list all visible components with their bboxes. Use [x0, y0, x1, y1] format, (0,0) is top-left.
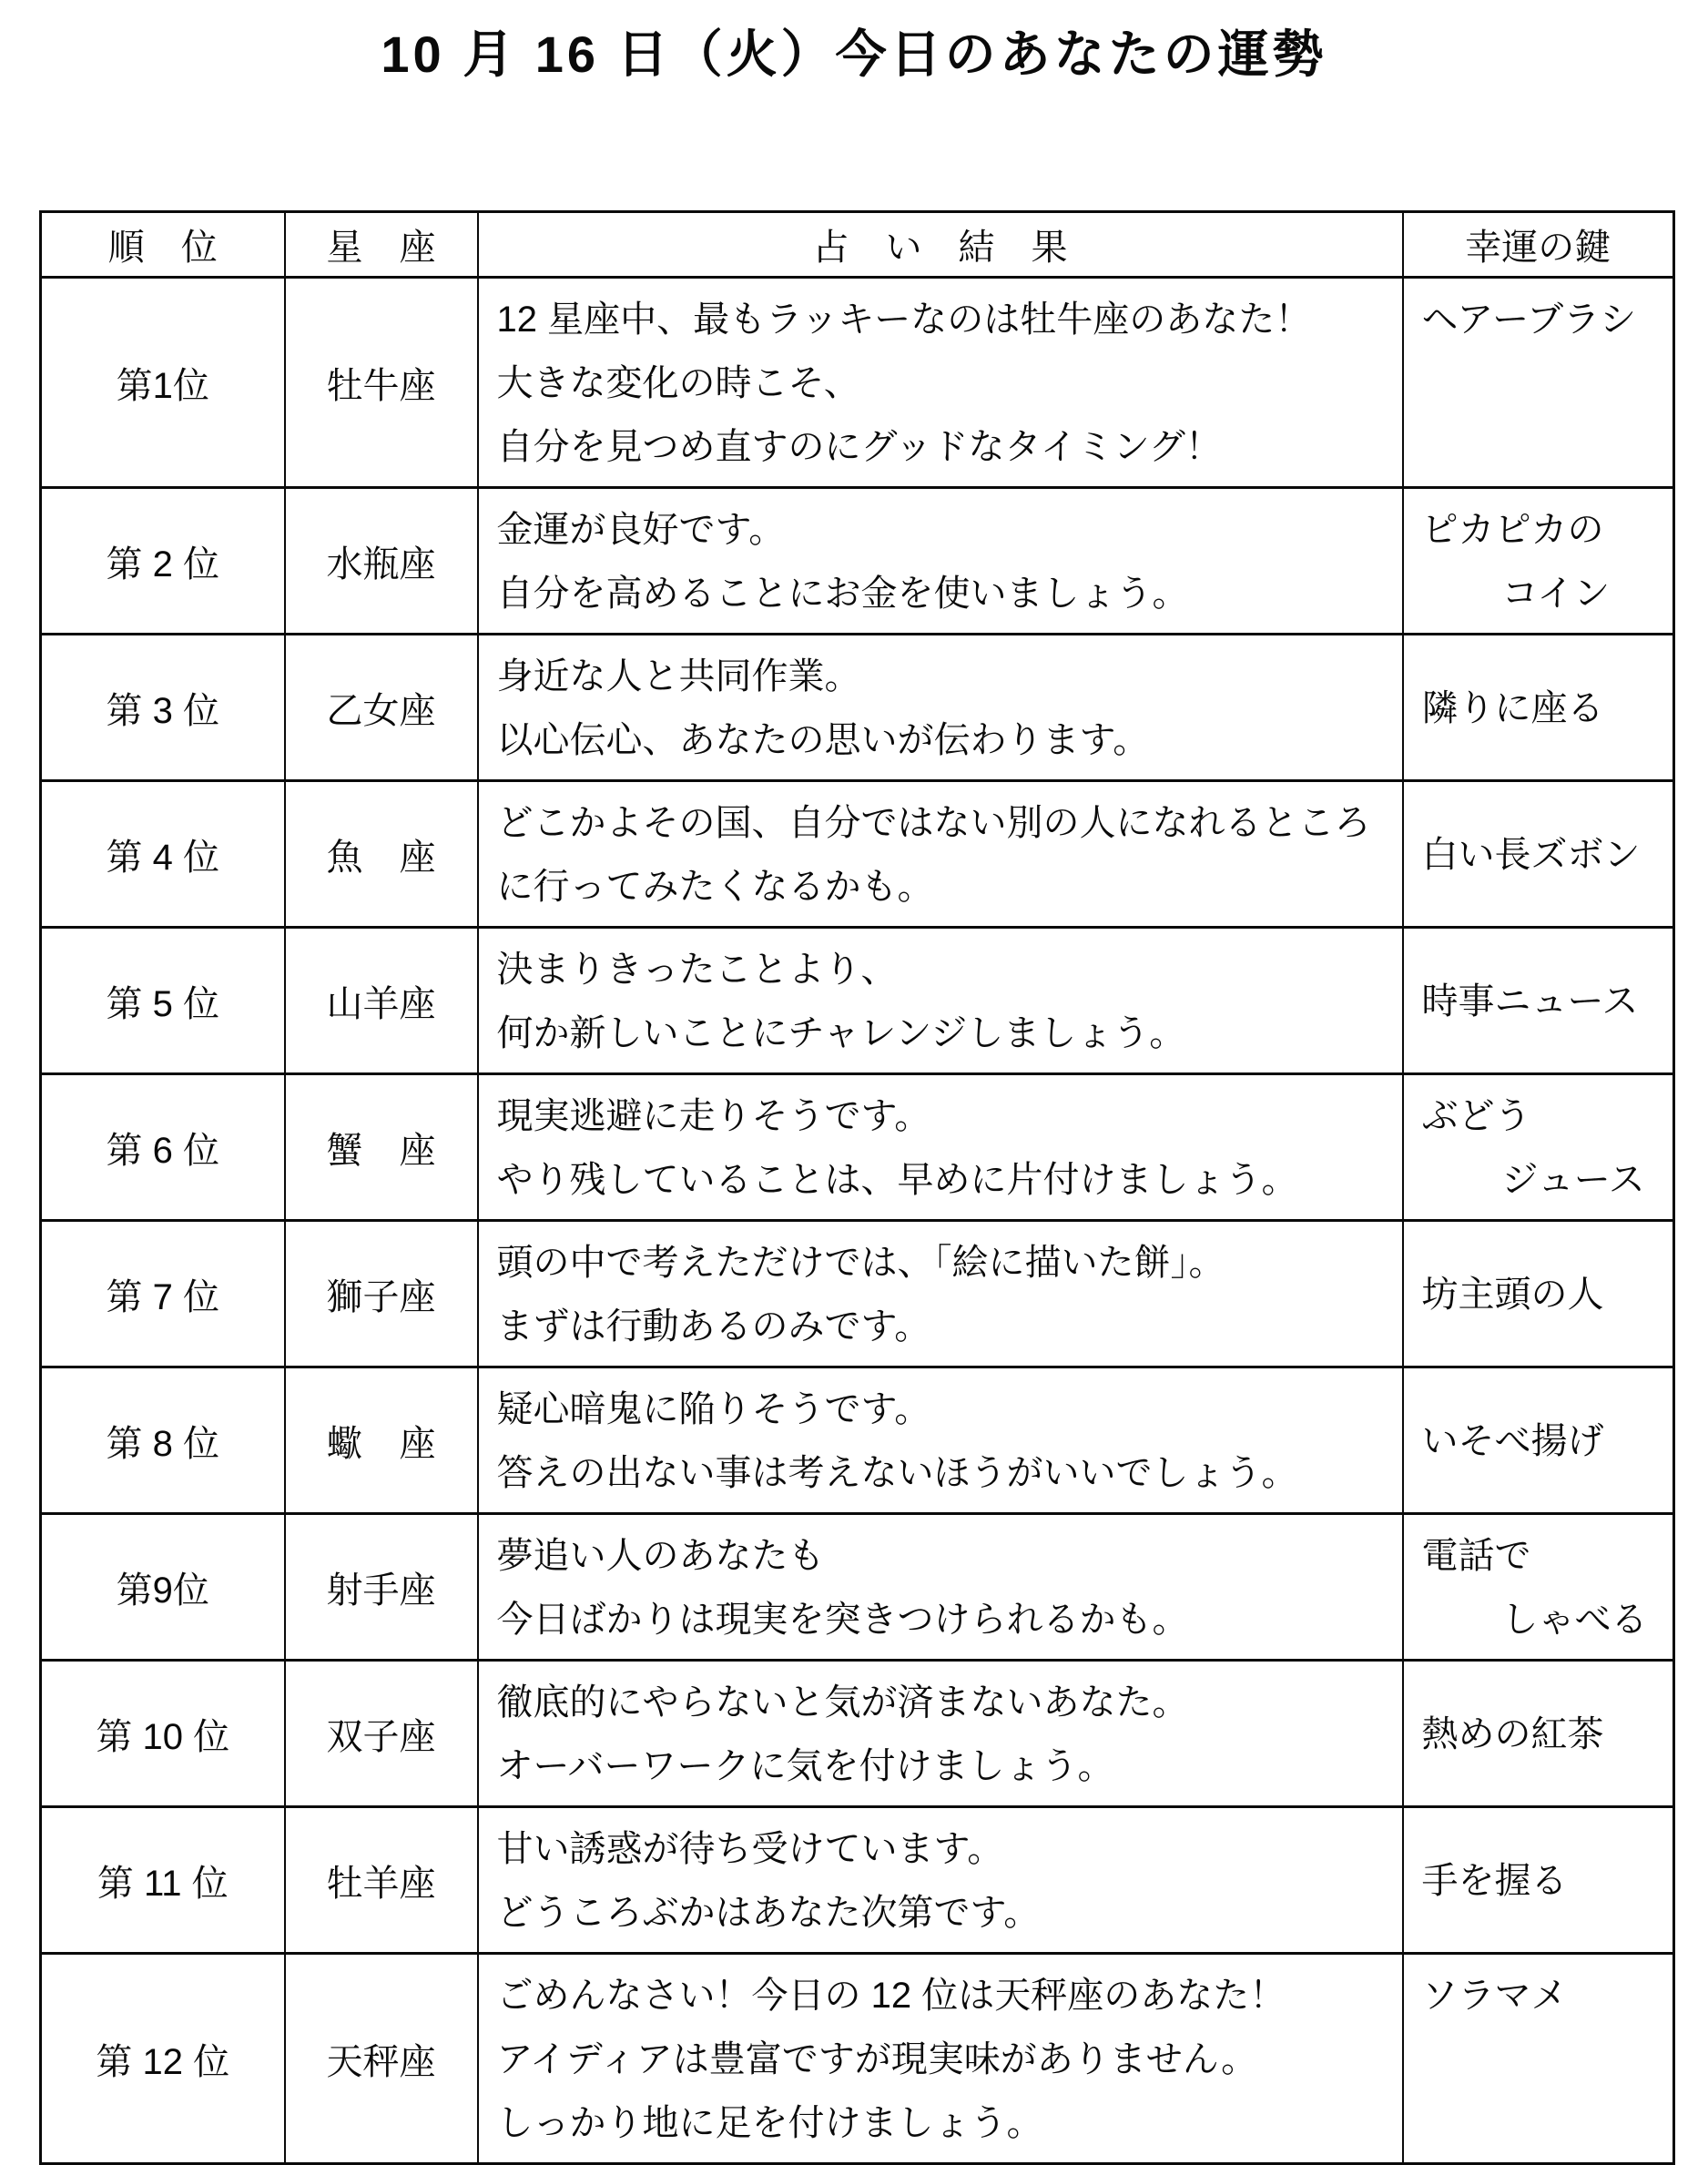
- sign-cell: 蟹 座: [285, 1074, 478, 1221]
- fortune-line: 身近な人と共同作業。: [497, 645, 1389, 708]
- lucky-key-line: 時事ニュース: [1422, 970, 1668, 1033]
- lucky-key-cell: 坊主頭の人: [1403, 1221, 1674, 1367]
- table-row: 第1位 牡牛座 12 星座中、最もラッキーなのは牡牛座のあなた！大きな変化の時こ…: [41, 278, 1674, 488]
- fortune-line: しっかり地に足を付けましょう。: [497, 2091, 1389, 2155]
- fortune-line: 金運が良好です。: [497, 498, 1389, 562]
- lucky-key-line: しゃべる: [1422, 1588, 1668, 1652]
- fortune-line: 疑心暗鬼に陥りそうです。: [497, 1377, 1389, 1441]
- table-row: 第 6 位 蟹 座 現実逃避に走りそうです。やり残していることは、早めに片付けま…: [41, 1074, 1674, 1221]
- page-title: 10 月 16 日（火）今日のあなたの運勢: [0, 24, 1708, 85]
- sign-cell: 獅子座: [285, 1221, 478, 1367]
- lucky-key-cell: ヘアーブラシ: [1403, 278, 1674, 488]
- lucky-key-cell: 白い長ズボン: [1403, 781, 1674, 928]
- fortune-line: 12 星座中、最もラッキーなのは牡牛座のあなた！: [497, 288, 1389, 351]
- table-row: 第 10 位 双子座 徹底的にやらないと気が済まないあなた。オーバーワークに気を…: [41, 1661, 1674, 1807]
- fortune-cell: どこかよその国、自分ではない別の人になれるところに行ってみたくなるかも。: [478, 781, 1403, 928]
- horoscope-table-body: 第1位 牡牛座 12 星座中、最もラッキーなのは牡牛座のあなた！大きな変化の時こ…: [41, 278, 1674, 2164]
- sign-cell: 乙女座: [285, 635, 478, 781]
- fortune-line: 答えの出ない事は考えないほうがいいでしょう。: [497, 1441, 1389, 1505]
- fortune-cell: 12 星座中、最もラッキーなのは牡牛座のあなた！大きな変化の時こそ、自分を見つめ…: [478, 278, 1403, 488]
- fortune-line: 自分を高めることにお金を使いましょう。: [497, 562, 1389, 625]
- fortune-line: 夢追い人のあなたも: [497, 1524, 1389, 1588]
- lucky-key-cell: 時事ニュース: [1403, 928, 1674, 1074]
- header-rank: 順 位: [41, 212, 285, 278]
- rank-cell: 第 3 位: [41, 635, 285, 781]
- lucky-key-cell: 隣りに座る: [1403, 635, 1674, 781]
- lucky-key-cell: ぶどうジュース: [1403, 1074, 1674, 1221]
- lucky-key-line: いそべ揚げ: [1422, 1409, 1668, 1473]
- fortune-line: まずは行動あるのみです。: [497, 1295, 1389, 1358]
- sign-cell: 牡牛座: [285, 278, 478, 488]
- lucky-key-line: 手を握る: [1422, 1849, 1668, 1913]
- fortune-line: どうころぶかはあなた次第です。: [497, 1881, 1389, 1945]
- lucky-key-line: ジュース: [1422, 1148, 1668, 1212]
- fortune-line: 徹底的にやらないと気が済まないあなた。: [497, 1671, 1389, 1734]
- sign-cell: 射手座: [285, 1514, 478, 1661]
- rank-cell: 第 11 位: [41, 1807, 285, 1954]
- rank-cell: 第 5 位: [41, 928, 285, 1074]
- rank-cell: 第1位: [41, 278, 285, 488]
- sign-cell: 蠍 座: [285, 1367, 478, 1514]
- lucky-key-cell: 電話でしゃべる: [1403, 1514, 1674, 1661]
- sign-cell: 魚 座: [285, 781, 478, 928]
- fortune-line: 今日ばかりは現実を突きつけられるかも。: [497, 1588, 1389, 1652]
- fortune-line: 大きな変化の時こそ、: [497, 351, 1389, 415]
- lucky-key-cell: 熱めの紅茶: [1403, 1661, 1674, 1807]
- lucky-key-cell: ピカピカのコイン: [1403, 488, 1674, 635]
- rank-cell: 第 7 位: [41, 1221, 285, 1367]
- fortune-line: アイディアは豊富ですが現実味がありません。: [497, 2028, 1389, 2091]
- fortune-line: 現実逃避に走りそうです。: [497, 1084, 1389, 1148]
- table-row: 第 2 位 水瓶座 金運が良好です。自分を高めることにお金を使いましょう。 ピカ…: [41, 488, 1674, 635]
- fortune-cell: 現実逃避に走りそうです。やり残していることは、早めに片付けましょう。: [478, 1074, 1403, 1221]
- lucky-key-line: 電話で: [1422, 1524, 1668, 1588]
- fortune-cell: ごめんなさい！今日の 12 位は天秤座のあなた！アイディアは豊富ですが現実味があ…: [478, 1954, 1403, 2164]
- fortune-line: 自分を見つめ直すのにグッドなタイミング！: [497, 415, 1389, 479]
- fortune-line: 何か新しいことにチャレンジしましょう。: [497, 1001, 1389, 1065]
- fortune-line: 甘い誘惑が待ち受けています。: [497, 1817, 1389, 1881]
- fortune-line: 決まりきったことより、: [497, 938, 1389, 1001]
- sign-cell: 双子座: [285, 1661, 478, 1807]
- fortune-cell: 疑心暗鬼に陥りそうです。答えの出ない事は考えないほうがいいでしょう。: [478, 1367, 1403, 1514]
- header-fortune: 占 い 結 果: [478, 212, 1403, 278]
- table-row: 第 8 位 蠍 座 疑心暗鬼に陥りそうです。答えの出ない事は考えないほうがいいで…: [41, 1367, 1674, 1514]
- table-row: 第9位 射手座 夢追い人のあなたも今日ばかりは現実を突きつけられるかも。 電話で…: [41, 1514, 1674, 1661]
- rank-cell: 第 2 位: [41, 488, 285, 635]
- lucky-key-line: コイン: [1422, 562, 1668, 625]
- table-row: 第 3 位 乙女座 身近な人と共同作業。以心伝心、あなたの思いが伝わります。 隣…: [41, 635, 1674, 781]
- lucky-key-line: 坊主頭の人: [1422, 1263, 1668, 1326]
- rank-cell: 第 10 位: [41, 1661, 285, 1807]
- fortune-line: ごめんなさい！今日の 12 位は天秤座のあなた！: [497, 1964, 1389, 2028]
- horoscope-table: 順 位 星 座 占 い 結 果 幸運の鍵 第1位 牡牛座 12 星座中、最もラッ…: [39, 210, 1675, 2165]
- lucky-key-line: ぶどう: [1422, 1084, 1668, 1148]
- lucky-key-line: ソラマメ: [1422, 1964, 1668, 2028]
- sign-cell: 水瓶座: [285, 488, 478, 635]
- rank-cell: 第 4 位: [41, 781, 285, 928]
- table-row: 第 7 位 獅子座 頭の中で考えただけでは、「絵に描いた餅」。まずは行動あるのみ…: [41, 1221, 1674, 1367]
- rank-cell: 第9位: [41, 1514, 285, 1661]
- table-row: 第 4 位 魚 座 どこかよその国、自分ではない別の人になれるところに行ってみた…: [41, 781, 1674, 928]
- table-header-row: 順 位 星 座 占 い 結 果 幸運の鍵: [41, 212, 1674, 278]
- lucky-key-line: 熱めの紅茶: [1422, 1703, 1668, 1766]
- fortune-cell: 甘い誘惑が待ち受けています。どうころぶかはあなた次第です。: [478, 1807, 1403, 1954]
- header-lucky-key: 幸運の鍵: [1403, 212, 1674, 278]
- document-page: 10 月 16 日（火）今日のあなたの運勢 順 位 星 座 占 い 結 果 幸運…: [0, 0, 1708, 2165]
- sign-cell: 天秤座: [285, 1954, 478, 2164]
- fortune-line: 頭の中で考えただけでは、「絵に描いた餅」。: [497, 1231, 1389, 1295]
- table-row: 第 12 位 天秤座 ごめんなさい！今日の 12 位は天秤座のあなた！アイディア…: [41, 1954, 1674, 2164]
- lucky-key-line: ピカピカの: [1422, 498, 1668, 562]
- fortune-line: どこかよその国、自分ではない別の人になれるところ: [497, 791, 1389, 855]
- fortune-cell: 身近な人と共同作業。以心伝心、あなたの思いが伝わります。: [478, 635, 1403, 781]
- lucky-key-cell: いそべ揚げ: [1403, 1367, 1674, 1514]
- fortune-cell: 徹底的にやらないと気が済まないあなた。オーバーワークに気を付けましょう。: [478, 1661, 1403, 1807]
- fortune-cell: 頭の中で考えただけでは、「絵に描いた餅」。まずは行動あるのみです。: [478, 1221, 1403, 1367]
- header-sign: 星 座: [285, 212, 478, 278]
- rank-cell: 第 12 位: [41, 1954, 285, 2164]
- sign-cell: 山羊座: [285, 928, 478, 1074]
- fortune-cell: 夢追い人のあなたも今日ばかりは現実を突きつけられるかも。: [478, 1514, 1403, 1661]
- fortune-line: に行ってみたくなるかも。: [497, 855, 1389, 919]
- sign-cell: 牡羊座: [285, 1807, 478, 1954]
- fortune-line: オーバーワークに気を付けましょう。: [497, 1734, 1389, 1798]
- rank-cell: 第 6 位: [41, 1074, 285, 1221]
- table-row: 第 5 位 山羊座 決まりきったことより、何か新しいことにチャレンジしましょう。…: [41, 928, 1674, 1074]
- table-row: 第 11 位 牡羊座 甘い誘惑が待ち受けています。どうころぶかはあなた次第です。…: [41, 1807, 1674, 1954]
- fortune-line: やり残していることは、早めに片付けましょう。: [497, 1148, 1389, 1212]
- lucky-key-cell: ソラマメ: [1403, 1954, 1674, 2164]
- lucky-key-line: 隣りに座る: [1422, 676, 1668, 740]
- lucky-key-line: 白い長ズボン: [1422, 823, 1668, 887]
- lucky-key-line: ヘアーブラシ: [1422, 288, 1668, 351]
- fortune-line: 以心伝心、あなたの思いが伝わります。: [497, 708, 1389, 772]
- fortune-cell: 金運が良好です。自分を高めることにお金を使いましょう。: [478, 488, 1403, 635]
- lucky-key-cell: 手を握る: [1403, 1807, 1674, 1954]
- fortune-cell: 決まりきったことより、何か新しいことにチャレンジしましょう。: [478, 928, 1403, 1074]
- rank-cell: 第 8 位: [41, 1367, 285, 1514]
